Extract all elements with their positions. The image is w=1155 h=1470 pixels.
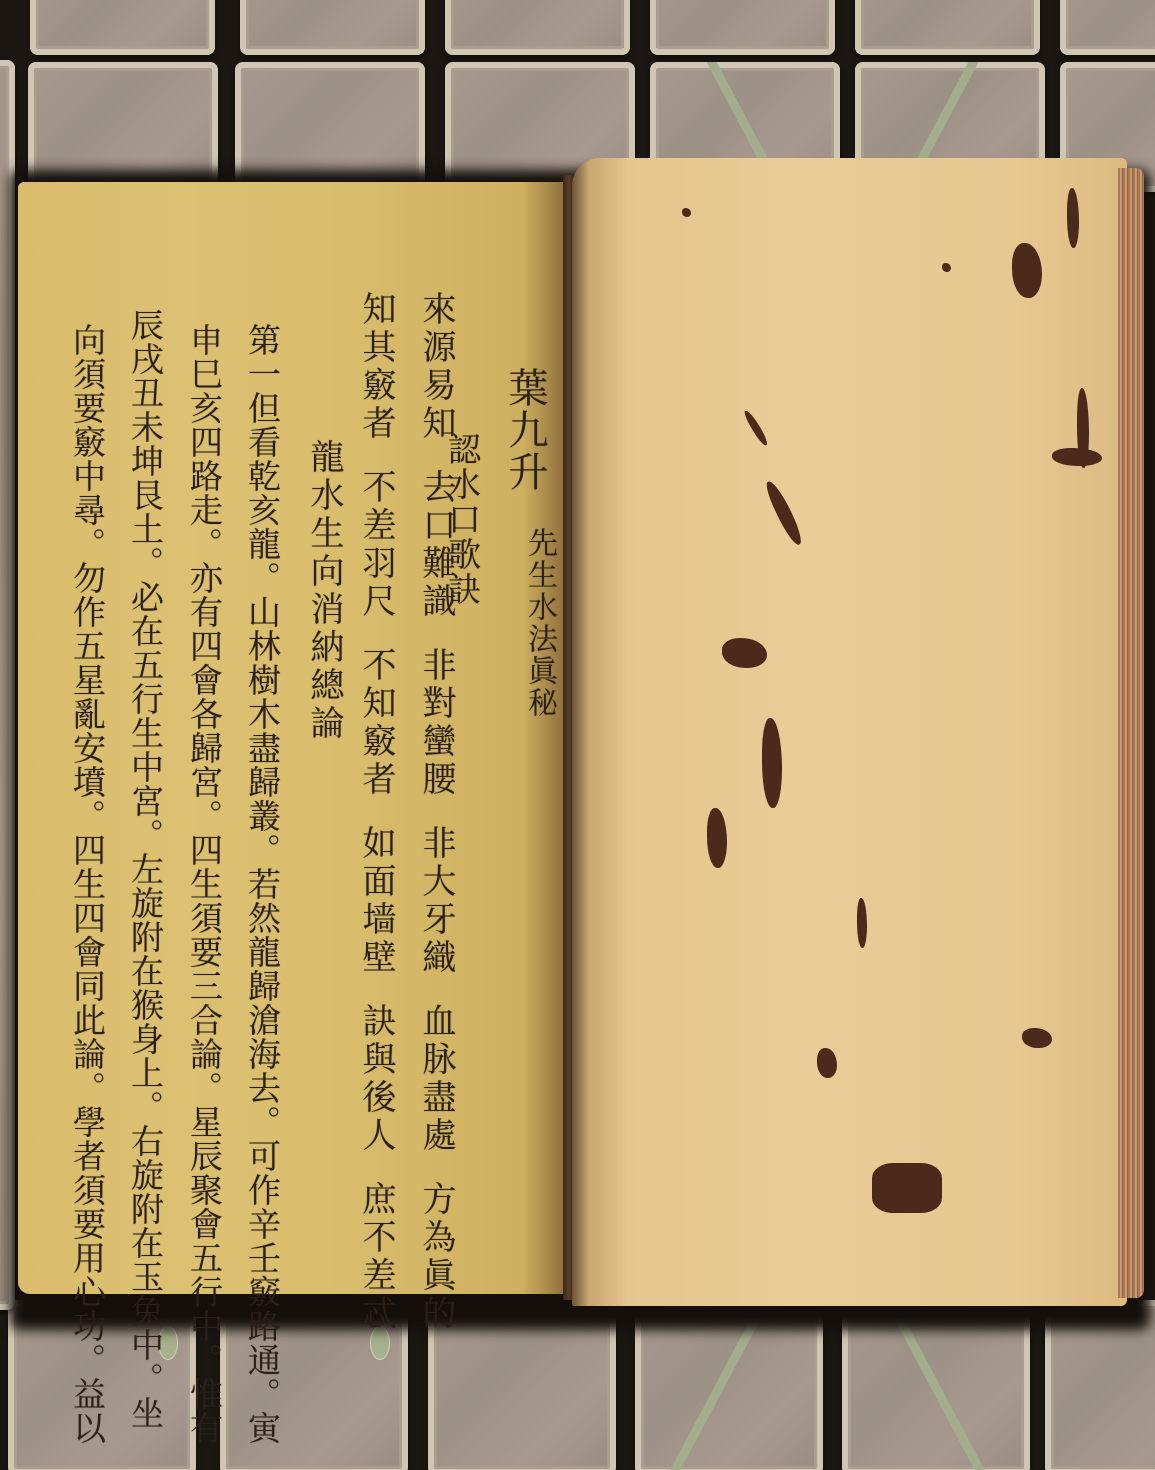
worm-hole [942, 263, 951, 272]
text-segment: 如面墙壁 [359, 825, 393, 977]
book-left-page: 葉九升 先生水法眞秘 認水口歌訣 來源易知去口難識非對蠻腰非大牙織血脉盡處方為眞… [18, 182, 566, 1294]
worm-hole [1012, 243, 1042, 298]
book-right-page [572, 158, 1127, 1306]
title-rest: 先生水法眞秘 [524, 527, 554, 719]
worm-hole [1067, 188, 1079, 248]
worm-hole [743, 409, 770, 448]
worm-hole [872, 1163, 942, 1213]
worm-hole [817, 1048, 837, 1078]
floor-tile [445, 0, 630, 55]
floor-tile [1060, 0, 1155, 55]
text-column-7: 向須要竅中尋。勿作五星亂安墳。四生四會同此論。學者須要用心功。益以 [38, 277, 137, 1445]
worm-hole [707, 808, 727, 868]
text-segment: 向須要竅中尋。勿作五星亂安墳。四生四會同此論。學者須要用心功。益以 [68, 323, 107, 1445]
page-edges [1118, 168, 1144, 1298]
worm-hole [857, 898, 867, 948]
floor-tile [650, 0, 835, 55]
floor-tile [240, 0, 425, 55]
title-author: 葉九升 [505, 367, 545, 493]
worm-hole [1052, 448, 1102, 466]
text-segment: 龍水生向消納總論 [307, 439, 341, 743]
text-segment: 訣與後人 [359, 1003, 393, 1155]
worm-hole [682, 208, 691, 217]
text-segment: 庶不差忒 [359, 1181, 393, 1333]
worm-hole [1077, 388, 1089, 468]
worm-hole [763, 478, 805, 547]
worm-hole [722, 638, 767, 668]
floor-tile [30, 0, 215, 55]
floor-tile [855, 0, 1040, 55]
worm-hole [1022, 1028, 1052, 1048]
worm-hole [762, 718, 782, 808]
